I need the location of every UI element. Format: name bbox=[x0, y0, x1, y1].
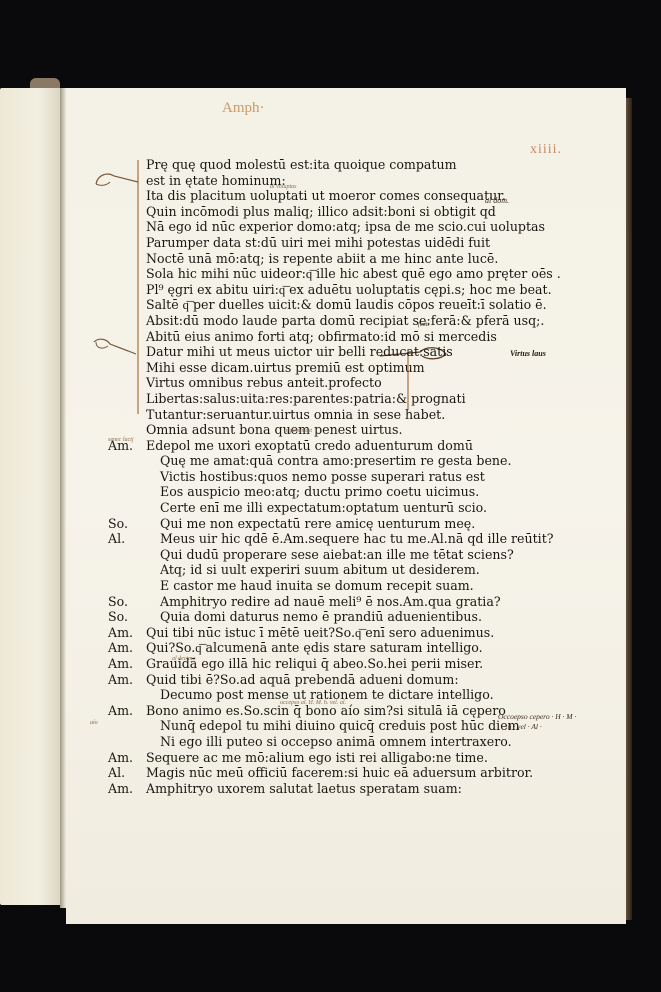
interlinear-gloss: occepso al. H. M. h. vel. al. bbox=[280, 700, 346, 706]
text-line: Am.Amphitryo uxorem salutat laetus spera… bbox=[108, 781, 508, 797]
speaker-label: Am. bbox=[108, 640, 146, 656]
line-text: Meus uir hic qdē ē.Am.sequere hac tu me.… bbox=[160, 531, 554, 547]
text-line: Ni ego illi puteo si occepso animā omnem… bbox=[108, 734, 508, 750]
interlinear-gloss: al voluptas bbox=[270, 184, 297, 190]
interlinear-gloss: al decimo bbox=[172, 656, 196, 662]
text-line: Quę me amat:quā contra amo:presertim re … bbox=[108, 453, 508, 469]
running-head: Amph· bbox=[222, 100, 265, 117]
margin-note: al dom. bbox=[485, 196, 509, 205]
text-line: Pl⁹ ęgri ex abitu uiri:q͞ ex aduētu uolu… bbox=[108, 282, 508, 298]
line-text: Sola hic mihi nūc uideor:q͞ ille hic abe… bbox=[146, 266, 561, 282]
line-text: Magis nūc meū officiū facerem:si huic eā… bbox=[146, 765, 533, 781]
line-text: Libertas:salus:uita:res:parentes:patria:… bbox=[146, 391, 466, 407]
text-line: So.Quia domi daturus nemo ē prandiū adue… bbox=[108, 609, 508, 625]
speaker-label: Am. bbox=[108, 625, 146, 641]
line-text: Amphitryo redire ad nauē meli⁹ ē nos.Am.… bbox=[160, 594, 501, 610]
text-line: Qui dudū properare sese aiebat:an ille m… bbox=[108, 547, 508, 563]
text-line: Nā ego id nūc experior domo:atq; ipsa de… bbox=[108, 219, 508, 235]
line-text: Quę me amat:quā contra amo:presertim re … bbox=[160, 453, 511, 469]
text-line: Datur mihi ut meus uictor uir belli redu… bbox=[108, 344, 508, 360]
line-text: Omnia adsunt bona quem penest uirtus. bbox=[146, 422, 402, 438]
line-text: Noctē unā mō:atq; is repente abiit a me … bbox=[146, 251, 498, 267]
text-line: Mihi esse dicam.uirtus premiū est optimu… bbox=[108, 360, 508, 376]
line-text: Nunq̄ edepol tu mihi diuino quicq̄ credu… bbox=[160, 718, 520, 734]
margin-note: Virtus laus bbox=[510, 349, 546, 358]
speaker-label: Am. bbox=[108, 750, 146, 766]
line-text: Sequere ac me mō:alium ego isti rei alli… bbox=[146, 750, 488, 766]
text-line: Atq; id si uult experiri suum abitum ut … bbox=[108, 562, 508, 578]
text-line: Virtus omnibus rebus anteit.profecto bbox=[108, 375, 508, 391]
margin-note: aío bbox=[90, 720, 98, 726]
line-text: Certe enī me illi expectatum:optatum uen… bbox=[160, 500, 487, 516]
speaker-label: Am. bbox=[108, 656, 146, 672]
margin-note: Occoepso cepero · H · M · bbox=[498, 712, 576, 721]
line-text: Quia domi daturus nemo ē prandiū aduenie… bbox=[160, 609, 482, 625]
text-line: Certe enī me illi expectatum:optatum uen… bbox=[108, 500, 508, 516]
line-text: Qui dudū properare sese aiebat:an ille m… bbox=[160, 547, 514, 563]
margin-note: senec lucij bbox=[108, 437, 134, 443]
text-line: E castor me haud inuita se domum recepit… bbox=[108, 578, 508, 594]
speaker-label: Al. bbox=[108, 531, 146, 547]
left-page bbox=[0, 88, 64, 905]
folio-number: xiiii. bbox=[530, 142, 562, 158]
speaker-label: So. bbox=[108, 516, 146, 532]
line-text: Tutantur:seruantur.uirtus omnia in sese … bbox=[146, 407, 445, 423]
text-line: Al.Magis nūc meū officiū facerem:si huic… bbox=[108, 765, 508, 781]
line-text: Absit:dū modo laude parta domū recipiat … bbox=[146, 313, 544, 329]
line-text: Amphitryo uxorem salutat laetus speratam… bbox=[146, 781, 462, 797]
text-line: Sola hic mihi nūc uideor:q͞ ille hic abe… bbox=[108, 266, 508, 282]
line-text: Ni ego illi puteo si occepso animā omnem… bbox=[160, 734, 512, 750]
line-text: Mihi esse dicam.uirtus premiū est optimu… bbox=[146, 360, 425, 376]
line-text: Victis hostibus:quos nemo posse superari… bbox=[160, 469, 485, 485]
text-line: Am.Sequere ac me mō:alium ego isti rei a… bbox=[108, 750, 508, 766]
speaker-label: Al. bbox=[108, 765, 146, 781]
text-line: Noctē unā mō:atq; is repente abiit a me … bbox=[108, 251, 508, 267]
line-text: Nā ego id nūc experior domo:atq; ipsa de… bbox=[146, 219, 545, 235]
text-line: Tutantur:seruantur.uirtus omnia in sese … bbox=[108, 407, 508, 423]
text-line: Parumper data st:dū uiri mei mihi potest… bbox=[108, 235, 508, 251]
text-line: Prę quę quod molestū est:ita quoique com… bbox=[108, 157, 508, 173]
interlinear-gloss: fimit bbox=[418, 322, 429, 328]
text-line: est in ętate hominum: bbox=[108, 173, 508, 189]
text-line: Eos auspicio meo:atq; ductu primo coetu … bbox=[108, 484, 508, 500]
line-text: Datur mihi ut meus uictor uir belli redu… bbox=[146, 344, 453, 360]
text-line: Am.Qui tibi nūc istuc ī mētē ueit?So.q͞ … bbox=[108, 625, 508, 641]
text-line: So.Amphitryo redire ad nauē meli⁹ ē nos.… bbox=[108, 594, 508, 610]
line-text: Virtus omnibus rebus anteit.profecto bbox=[146, 375, 382, 391]
text-line: Libertas:salus:uita:res:parentes:patria:… bbox=[108, 391, 508, 407]
speaker-label: Am. bbox=[108, 703, 146, 719]
text-line: Am.Qui?So.q͞ alcumenā ante ędis stare sa… bbox=[108, 640, 508, 656]
line-text: Abitū eius animo forti atq; obfirmato:id… bbox=[146, 329, 497, 345]
line-text: est in ętate hominum: bbox=[146, 173, 286, 189]
line-text: Eos auspicio meo:atq; ductu primo coetu … bbox=[160, 484, 479, 500]
line-text: Ita dis placitum uoluptati ut moeror com… bbox=[146, 188, 506, 204]
text-line: Abitū eius animo forti atq; obfirmato:id… bbox=[108, 329, 508, 345]
text-line: So.Qui me non expectatū rere amicę uentu… bbox=[108, 516, 508, 532]
text-line: Nunq̄ edepol tu mihi diuino quicq̄ credu… bbox=[108, 718, 508, 734]
line-text: Parumper data st:dū uiri mei mihi potest… bbox=[146, 235, 490, 251]
line-text: Quin incōmodi plus maliq; illico adsit:b… bbox=[146, 204, 496, 220]
text-line: Am.Quid tibi ē?So.ad aquā prebendā aduen… bbox=[108, 672, 508, 688]
text-line: Quin incōmodi plus maliq; illico adsit:b… bbox=[108, 204, 508, 220]
text-line: Al.Meus uir hic qdē ē.Am.sequere hac tu … bbox=[108, 531, 508, 547]
text-line: Absit:dū modo laude parta domū recipiat … bbox=[108, 313, 508, 329]
speaker-label: So. bbox=[108, 609, 146, 625]
interlinear-gloss: in penes est bbox=[284, 428, 312, 434]
line-text: Pl⁹ ęgri ex abitu uiri:q͞ ex aduētu uolu… bbox=[146, 282, 552, 298]
line-text: Qui tibi nūc istuc ī mētē ueit?So.q͞ enī… bbox=[146, 625, 494, 641]
text-line: Am.Edepol me uxori exoptatū credo aduent… bbox=[108, 438, 508, 454]
line-text: Qui me non expectatū rere amicę uenturum… bbox=[160, 516, 475, 532]
line-text: E castor me haud inuita se domum recepit… bbox=[160, 578, 474, 594]
margin-note: · h · vel · Al · bbox=[504, 722, 542, 731]
line-text: Prę quę quod molestū est:ita quoique com… bbox=[146, 157, 457, 173]
speaker-label: Am. bbox=[108, 781, 146, 797]
text-line: Am.Grauidā ego illā hic reliqui q̄ abeo.… bbox=[108, 656, 508, 672]
text-line: Ita dis placitum uoluptati ut moeror com… bbox=[108, 188, 508, 204]
speaker-label: Am. bbox=[108, 672, 146, 688]
line-text: Qui?So.q͞ alcumenā ante ędis stare satur… bbox=[146, 640, 483, 656]
text-line: Saltē q͞ per duelles uicit:& domū laudis… bbox=[108, 297, 508, 313]
line-text: Grauidā ego illā hic reliqui q̄ abeo.So.… bbox=[146, 656, 483, 672]
line-text: Saltē q͞ per duelles uicit:& domū laudis… bbox=[146, 297, 547, 313]
speaker-label: So. bbox=[108, 594, 146, 610]
line-text: Quid tibi ē?So.ad aquā prebendā adueni d… bbox=[146, 672, 459, 688]
text-line: Victis hostibus:quos nemo posse superari… bbox=[108, 469, 508, 485]
line-text: Atq; id si uult experiri suum abitum ut … bbox=[160, 562, 480, 578]
line-text: Edepol me uxori exoptatū credo aduenturu… bbox=[146, 438, 473, 454]
